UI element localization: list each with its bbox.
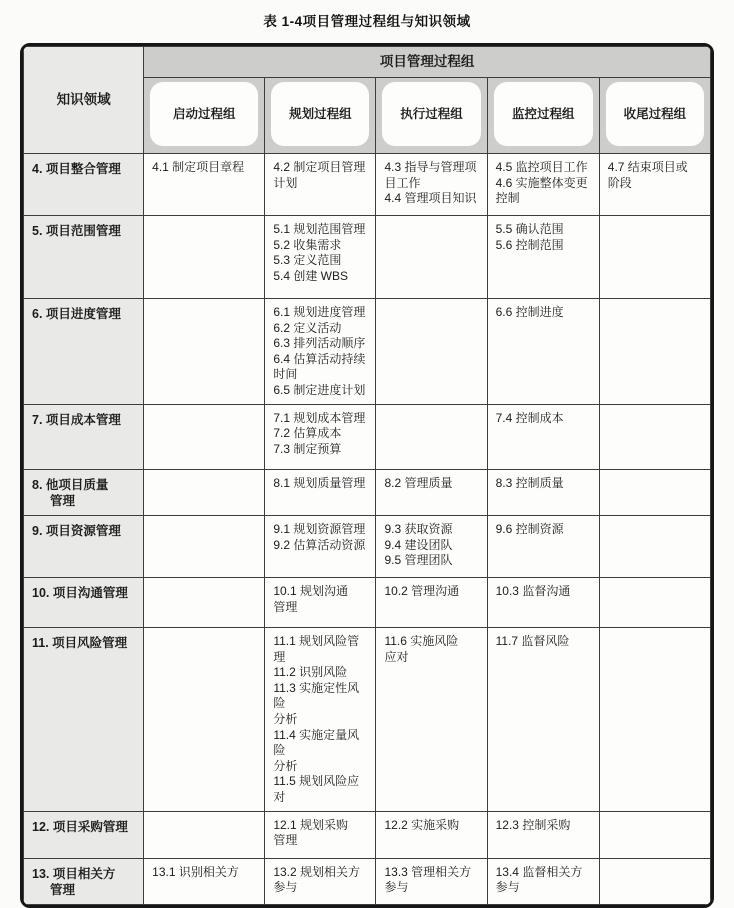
knowledge-area-cell: 13. 项目相关方 管理 bbox=[24, 858, 144, 905]
process-cell: 12.3 控制采购 bbox=[487, 811, 599, 858]
process-cell: 8.1 规划质量管理 bbox=[265, 469, 376, 516]
process-cell bbox=[376, 216, 487, 299]
process-cell: 11.1 规划风险管理 11.2 识别风险 11.3 实施定性风险 分析 11.… bbox=[265, 628, 376, 812]
column-header-monitoring: 监控过程组 bbox=[487, 78, 599, 154]
knowledge-area-cell: 4. 项目整合管理 bbox=[24, 154, 144, 216]
process-cell bbox=[599, 469, 710, 516]
column-header-planning: 规划过程组 bbox=[265, 78, 376, 154]
process-cell bbox=[599, 578, 710, 628]
knowledge-area-cell: 8. 他项目质量 管理 bbox=[24, 469, 144, 516]
process-cell: 12.2 实施采购 bbox=[376, 811, 487, 858]
process-cell bbox=[599, 216, 710, 299]
column-header-label: 规划过程组 bbox=[271, 82, 369, 146]
process-cell: 11.6 实施风险 应对 bbox=[376, 628, 487, 812]
process-groups-table-frame: 知识领域 项目管理过程组 启动过程组 规划过程组 执行过程组 监控过程组 收尾过… bbox=[20, 43, 714, 908]
table-row: 11. 项目风险管理 11.1 规划风险管理 11.2 识别风险 11.3 实施… bbox=[24, 628, 711, 812]
knowledge-area-cell: 10. 项目沟通管理 bbox=[24, 578, 144, 628]
knowledge-area-cell: 6. 项目进度管理 bbox=[24, 299, 144, 405]
table-row: 4. 项目整合管理 4.1 制定项目章程 4.2 制定项目管理 计划 4.3 指… bbox=[24, 154, 711, 216]
process-cell: 9.3 获取资源 9.4 建设团队 9.5 管理团队 bbox=[376, 516, 487, 578]
process-cell: 4.7 结束项目或 阶段 bbox=[599, 154, 710, 216]
knowledge-area-header: 知识领域 bbox=[24, 47, 144, 154]
knowledge-area-cell: 9. 项目资源管理 bbox=[24, 516, 144, 578]
table-header: 知识领域 项目管理过程组 启动过程组 规划过程组 执行过程组 监控过程组 收尾过… bbox=[24, 47, 711, 154]
table-row: 9. 项目资源管理 9.1 规划资源管理 9.2 估算活动资源 9.3 获取资源… bbox=[24, 516, 711, 578]
process-cell: 4.5 监控项目工作 4.6 实施整体变更 控制 bbox=[487, 154, 599, 216]
knowledge-area-cell: 7. 项目成本管理 bbox=[24, 404, 144, 469]
column-header-closing: 收尾过程组 bbox=[599, 78, 710, 154]
process-cell bbox=[599, 404, 710, 469]
column-header-label: 执行过程组 bbox=[382, 82, 480, 146]
process-cell: 5.5 确认范围 5.6 控制范围 bbox=[487, 216, 599, 299]
group-header-row: 知识领域 项目管理过程组 bbox=[24, 47, 711, 78]
process-cell: 7.1 规划成本管理 7.2 估算成本 7.3 制定预算 bbox=[265, 404, 376, 469]
process-cell: 9.1 规划资源管理 9.2 估算活动资源 bbox=[265, 516, 376, 578]
table-row: 7. 项目成本管理 7.1 规划成本管理 7.2 估算成本 7.3 制定预算 7… bbox=[24, 404, 711, 469]
column-header-label: 收尾过程组 bbox=[606, 82, 704, 146]
table-row: 12. 项目采购管理 12.1 规划采购 管理 12.2 实施采购 12.3 控… bbox=[24, 811, 711, 858]
process-cell bbox=[144, 299, 265, 405]
process-cell bbox=[144, 578, 265, 628]
process-cell: 10.1 规划沟通 管理 bbox=[265, 578, 376, 628]
process-cell bbox=[599, 299, 710, 405]
process-cell: 5.1 规划范围管理 5.2 收集需求 5.3 定义范围 5.4 创建 WBS bbox=[265, 216, 376, 299]
knowledge-area-cell: 11. 项目风险管理 bbox=[24, 628, 144, 812]
process-cell: 8.2 管理质量 bbox=[376, 469, 487, 516]
process-cell: 13.2 规划相关方 参与 bbox=[265, 858, 376, 905]
process-cell bbox=[144, 628, 265, 812]
process-cell: 13.3 管理相关方 参与 bbox=[376, 858, 487, 905]
process-cell: 4.2 制定项目管理 计划 bbox=[265, 154, 376, 216]
process-cell: 13.4 监督相关方 参与 bbox=[487, 858, 599, 905]
process-cell: 11.7 监督风险 bbox=[487, 628, 599, 812]
table-row: 6. 项目进度管理 6.1 规划进度管理 6.2 定义活动 6.3 排列活动顺序… bbox=[24, 299, 711, 405]
process-cell bbox=[144, 516, 265, 578]
knowledge-area-cell: 5. 项目范围管理 bbox=[24, 216, 144, 299]
process-cell: 7.4 控制成本 bbox=[487, 404, 599, 469]
process-cell bbox=[376, 404, 487, 469]
process-cell: 10.2 管理沟通 bbox=[376, 578, 487, 628]
column-header-initiating: 启动过程组 bbox=[144, 78, 265, 154]
column-header-label: 启动过程组 bbox=[150, 82, 258, 146]
process-groups-table: 知识领域 项目管理过程组 启动过程组 规划过程组 执行过程组 监控过程组 收尾过… bbox=[23, 46, 711, 905]
process-cell: 4.3 指导与管理项 目工作 4.4 管理项目知识 bbox=[376, 154, 487, 216]
table-row: 13. 项目相关方 管理 13.1 识别相关方 13.2 规划相关方 参与 13… bbox=[24, 858, 711, 905]
process-cell bbox=[599, 628, 710, 812]
process-cell: 9.6 控制资源 bbox=[487, 516, 599, 578]
table-body: 4. 项目整合管理 4.1 制定项目章程 4.2 制定项目管理 计划 4.3 指… bbox=[24, 154, 711, 905]
table-title: 表 1-4项目管理过程组与知识领域 bbox=[0, 10, 734, 30]
process-cell bbox=[144, 216, 265, 299]
process-cell: 4.1 制定项目章程 bbox=[144, 154, 265, 216]
process-cell bbox=[144, 404, 265, 469]
process-cell bbox=[599, 811, 710, 858]
column-header-executing: 执行过程组 bbox=[376, 78, 487, 154]
process-cell bbox=[599, 858, 710, 905]
table-row: 8. 他项目质量 管理 8.1 规划质量管理 8.2 管理质量 8.3 控制质量 bbox=[24, 469, 711, 516]
process-cell: 8.3 控制质量 bbox=[487, 469, 599, 516]
process-cell: 12.1 规划采购 管理 bbox=[265, 811, 376, 858]
document-page: 表 1-4项目管理过程组与知识领域 知识领域 项目管理过程组 启动过程组 规划过… bbox=[0, 0, 734, 838]
process-cell bbox=[144, 469, 265, 516]
process-group-band-header: 项目管理过程组 bbox=[144, 47, 711, 78]
process-cell: 6.6 控制进度 bbox=[487, 299, 599, 405]
process-cell bbox=[599, 516, 710, 578]
process-cell bbox=[144, 811, 265, 858]
table-row: 5. 项目范围管理 5.1 规划范围管理 5.2 收集需求 5.3 定义范围 5… bbox=[24, 216, 711, 299]
knowledge-area-cell: 12. 项目采购管理 bbox=[24, 811, 144, 858]
process-cell: 13.1 识别相关方 bbox=[144, 858, 265, 905]
process-cell: 6.1 规划进度管理 6.2 定义活动 6.3 排列活动顺序 6.4 估算活动持… bbox=[265, 299, 376, 405]
table-row: 10. 项目沟通管理 10.1 规划沟通 管理 10.2 管理沟通 10.3 监… bbox=[24, 578, 711, 628]
process-cell bbox=[376, 299, 487, 405]
process-cell: 10.3 监督沟通 bbox=[487, 578, 599, 628]
column-header-label: 监控过程组 bbox=[494, 82, 593, 146]
